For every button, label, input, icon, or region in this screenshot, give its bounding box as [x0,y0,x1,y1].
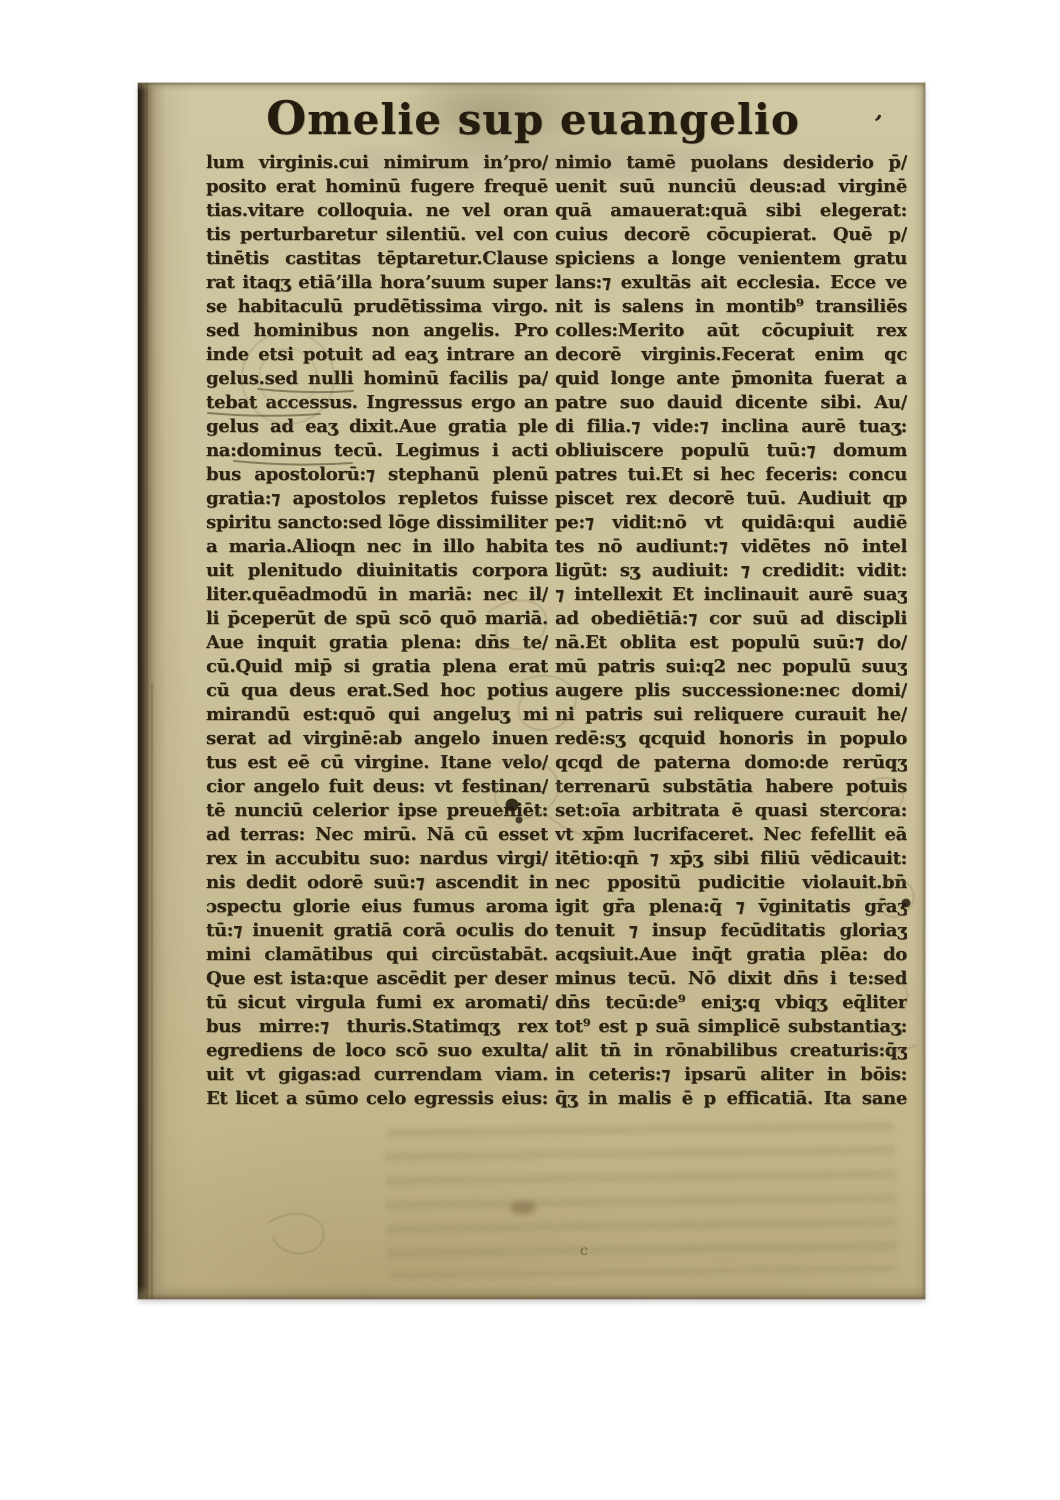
ink-smudge [510,1201,536,1215]
scanned-book-screenshot: Omelie sup euangelio ’ lum virginis.cui … [0,0,1060,1500]
ink-ghosts-and-blots [138,83,925,1299]
book-page-scan: Omelie sup euangelio ’ lum virginis.cui … [138,83,925,1299]
small-ink-letter: c [580,1243,588,1259]
show-through-ghost-text [385,1121,897,1278]
